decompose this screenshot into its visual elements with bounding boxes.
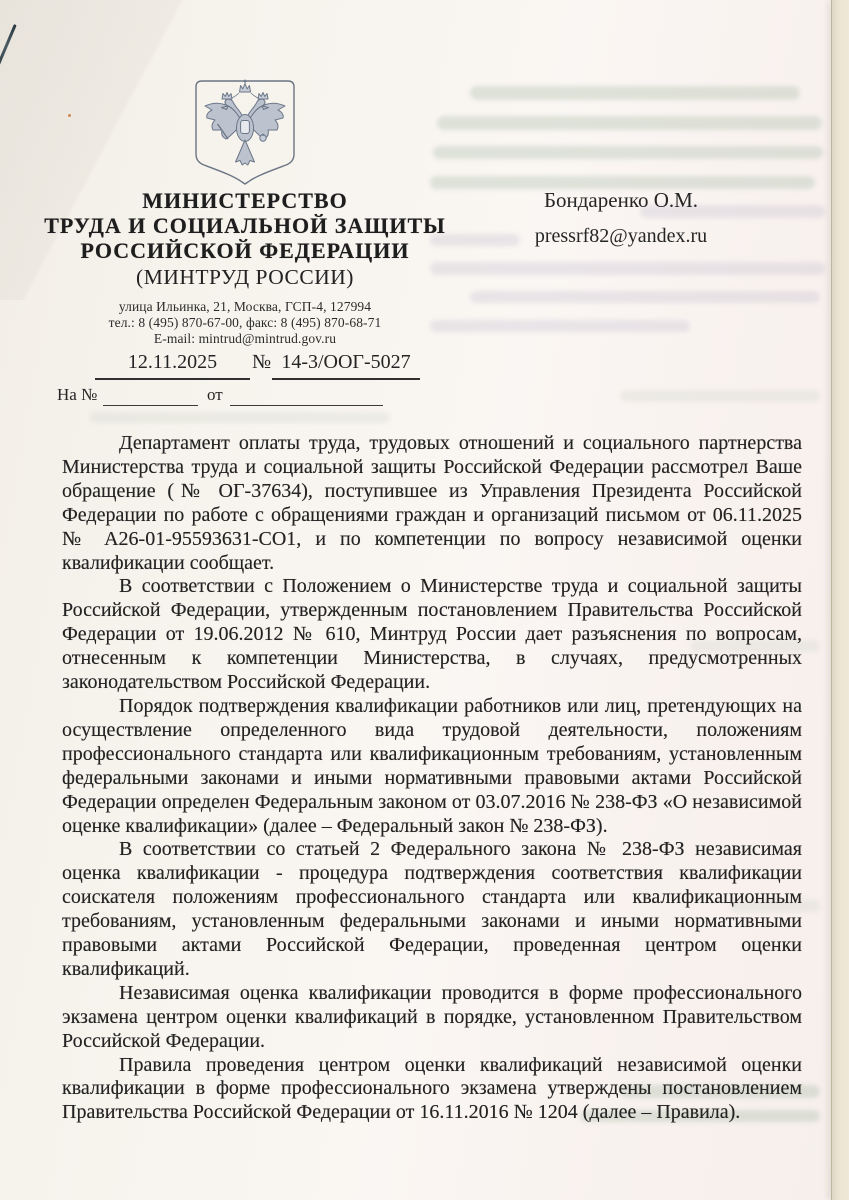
bleedthrough-artifact xyxy=(430,320,690,332)
bleedthrough-artifact xyxy=(90,412,390,423)
letter-body: Департамент оплаты труда, трудовых отнош… xyxy=(62,432,802,1125)
body-paragraph: Порядок подтверждения квалификации работ… xyxy=(62,695,802,838)
recipient-name: Бондаренко О.М. xyxy=(503,188,739,213)
bleedthrough-artifact xyxy=(620,390,820,402)
outgoing-number: 14-3/ООГ-5027 xyxy=(272,351,420,380)
coat-of-arms-icon xyxy=(192,78,298,186)
bleedthrough-artifact xyxy=(470,291,820,303)
reply-date-blank-line xyxy=(230,405,383,406)
reply-from-label: от xyxy=(207,385,223,405)
ministry-name-line1: МИНИСТЕРСТВО xyxy=(25,188,465,213)
body-paragraph: Департамент оплаты труда, трудовых отнош… xyxy=(62,432,802,575)
number-sign: № xyxy=(252,351,271,374)
body-paragraph: В соответствии со статьей 2 Федерального… xyxy=(62,838,802,981)
recipient-block: Бондаренко О.М. pressrf82@yandex.ru xyxy=(503,188,739,248)
ministry-short-name: (МИНТРУД РОССИИ) xyxy=(25,264,465,290)
bleedthrough-artifact xyxy=(430,262,825,275)
outgoing-date: 12.11.2025 xyxy=(95,351,250,380)
body-paragraph: Независимая оценка квалификации проводит… xyxy=(62,982,802,1054)
bleedthrough-artifact xyxy=(437,116,822,130)
reply-number-blank-line xyxy=(103,405,198,406)
letterhead-phone-fax: тел.: 8 (495) 870-67-00, факс: 8 (495) 8… xyxy=(25,315,465,331)
body-paragraph: В соответствии с Положением о Министерст… xyxy=(62,575,802,695)
letterhead: МИНИСТЕРСТВО ТРУДА И СОЦИАЛЬНОЙ ЗАЩИТЫ Р… xyxy=(25,78,465,346)
letterhead-email: E-mail: mintrud@mintrud.gov.ru xyxy=(25,331,465,347)
body-paragraph: Правила проведения центром оценки квалиф… xyxy=(62,1054,802,1126)
page-edge-strip xyxy=(831,0,849,1200)
ministry-name-line3: РОССИЙСКОЙ ФЕДЕРАЦИИ xyxy=(25,238,465,263)
reply-to-label: На № xyxy=(57,385,97,405)
letterhead-address: улица Ильинка, 21, Москва, ГСП-4, 127994 xyxy=(25,299,465,315)
staple-mark xyxy=(0,24,17,74)
dust-speck xyxy=(68,114,71,117)
recipient-email: pressrf82@yandex.ru xyxy=(503,225,739,248)
scanned-letter-page: МИНИСТЕРСТВО ТРУДА И СОЦИАЛЬНОЙ ЗАЩИТЫ Р… xyxy=(0,0,849,1200)
ministry-name-line2: ТРУДА И СОЦИАЛЬНОЙ ЗАЩИТЫ xyxy=(25,213,465,238)
bleedthrough-artifact xyxy=(433,146,823,159)
bleedthrough-artifact xyxy=(470,86,800,100)
